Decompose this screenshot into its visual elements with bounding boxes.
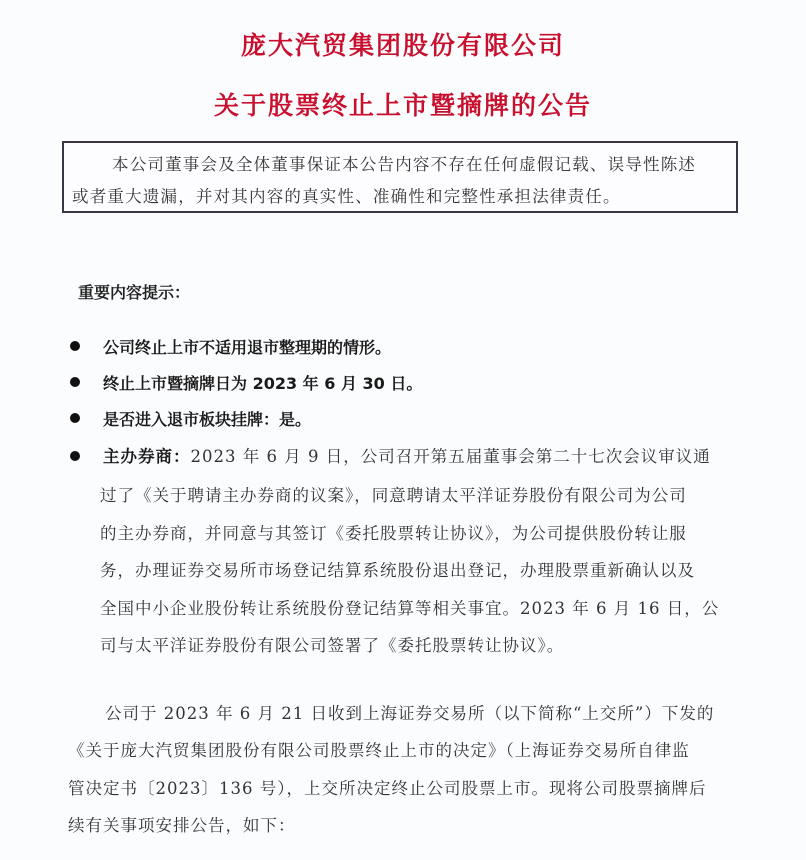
disclaimer-line-1: 本公司董事会及全体董事保证本公告内容不存在任何虚假记载、误导性陈述 xyxy=(112,151,696,175)
bullet-dot-icon xyxy=(70,413,80,423)
bullet-dot-icon xyxy=(70,341,80,351)
announcement-title: 关于股票终止上市暨摘牌的公告 xyxy=(0,86,806,122)
broker-line-2: 过了《关于聘请主办券商的议案》，同意聘请太平洋证券股份有限公司为公司 xyxy=(100,482,687,506)
company-title: 庞大汽贸集团股份有限公司 xyxy=(0,26,806,62)
broker-line-5: 全国中小企业股份转让系统股份登记结算等相关事宜。2023 年 6 月 16 日，… xyxy=(100,595,719,619)
disclaimer-box: 本公司董事会及全体董事保证本公告内容不存在任何虚假记载、误导性陈述 或者重大遗漏… xyxy=(62,141,738,213)
broker-line-3: 的主办券商，并同意与其签订《委托股票转让协议》，为公司提供股份转让服 xyxy=(100,520,687,544)
broker-label: 主办券商： xyxy=(103,447,191,466)
bullet-item: 终止上市暨摘牌日为 2023 年 6 月 30 日。 xyxy=(103,371,422,394)
bullet-item: 是否进入退市板块挂牌：是。 xyxy=(103,407,311,430)
bullet-dot-icon xyxy=(70,377,80,387)
bullet-dot-icon xyxy=(70,451,80,461)
important-heading: 重要内容提示： xyxy=(78,280,190,303)
paragraph-line-3: 管决定书〔2023〕136 号），上交所决定终止公司股票上市。现将公司股票摘牌后 xyxy=(68,775,706,799)
disclaimer-line-2: 或者重大遗漏，并对其内容的真实性、准确性和完整性承担法律责任。 xyxy=(72,183,621,207)
broker-line-1: 2023 年 6 月 9 日，公司召开第五届董事会第二十七次会议审议通 xyxy=(191,447,711,466)
paragraph-line-1: 公司于 2023 年 6 月 21 日收到上海证券交易所（以下简称“上交所”）下… xyxy=(105,700,714,724)
announcement-page: 庞大汽贸集团股份有限公司 关于股票终止上市暨摘牌的公告 本公司董事会及全体董事保… xyxy=(0,0,806,860)
broker-line-4: 务，办理证券交易所市场登记结算系统股份退出登记，办理股票重新确认以及 xyxy=(100,557,695,581)
bullet-item: 公司终止上市不适用退市整理期的情形。 xyxy=(103,335,391,358)
paragraph-line-4: 续有关事项安排公告，如下： xyxy=(68,812,296,836)
paragraph-line-2: 《关于庞大汽贸集团股份有限公司股票终止上市的决定》（上海证券交易所自律监 xyxy=(68,737,690,761)
bullet-item-broker: 主办券商：2023 年 6 月 9 日，公司召开第五届董事会第二十七次会议审议通 xyxy=(103,443,711,467)
broker-line-6: 司与太平洋证券股份有限公司签署了《委托股票转让协议》。 xyxy=(100,632,564,656)
